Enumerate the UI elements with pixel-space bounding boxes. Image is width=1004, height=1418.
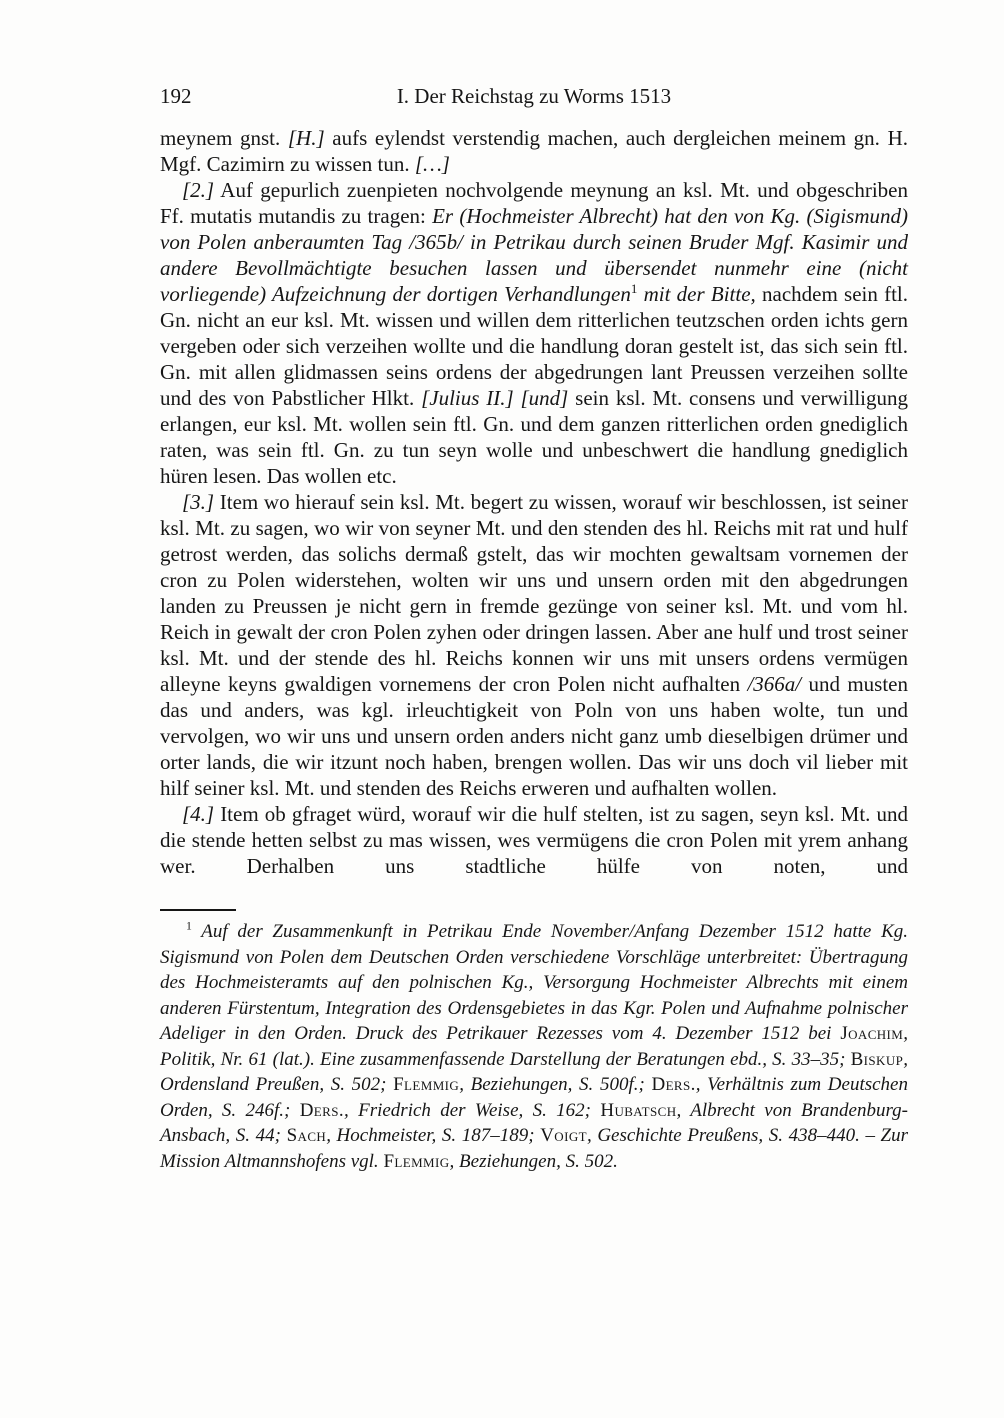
text-run: Sach xyxy=(287,1125,327,1146)
footnote-area: 1 Auf der Zusammenkunft in Petrikau Ende… xyxy=(160,909,908,1174)
paragraph-4: [4.] Item ob gfraget würd, worauf wir di… xyxy=(160,801,908,879)
text-run: [H.] xyxy=(288,126,325,150)
text-run: Ders. xyxy=(651,1074,695,1095)
paragraph-2: [2.] Auf gepurlich zuenpieten nochvolgen… xyxy=(160,177,908,489)
text-run: […] xyxy=(415,152,450,176)
text-run: meynem gnst. xyxy=(160,126,288,150)
text-run: Joachim xyxy=(840,1023,903,1044)
text-run: , Friedrich der Weise, S. 162; xyxy=(344,1100,600,1121)
footnote-separator-rule xyxy=(160,909,236,911)
text-run: Item ob gfraget würd, worauf wir die hul… xyxy=(160,802,908,878)
text-run: , Beziehungen, S. 502. xyxy=(450,1151,618,1172)
book-page: 192 I. Der Reichstag zu Worms 1513 meyne… xyxy=(0,0,1004,1418)
text-run: mit der Bitte, xyxy=(637,282,755,306)
running-head: I. Der Reichstag zu Worms 1513 xyxy=(160,83,908,109)
text-run: Auf der Zusammenkunft in Petrikau Ende N… xyxy=(160,921,908,1044)
paragraph-continuation: meynem gnst. [H.] aufs eylendst verstend… xyxy=(160,125,908,177)
paragraph-3: [3.] Item wo hierauf sein ksl. Mt. beger… xyxy=(160,489,908,801)
text-run: Item wo hierauf sein ksl. Mt. begert zu … xyxy=(160,490,908,696)
page-number: 192 xyxy=(160,83,192,109)
text-run: , Hochmeister, S. 187–189; xyxy=(326,1125,540,1146)
text-run: [Julius II.] [und] xyxy=(421,386,568,410)
text-run: Ders. xyxy=(300,1100,344,1121)
text-run: Biskup xyxy=(851,1049,904,1070)
text-run: Voigt xyxy=(540,1125,587,1146)
main-text-block: meynem gnst. [H.] aufs eylendst verstend… xyxy=(160,125,908,879)
text-run: /366a/ xyxy=(747,672,801,696)
text-run: , Beziehungen, S. 500f.; xyxy=(459,1074,651,1095)
text-run: [4.] xyxy=(182,802,214,826)
text-run: Flemmig xyxy=(383,1151,449,1172)
text-run: Hubatsch xyxy=(600,1100,676,1121)
text-run: [2.] xyxy=(182,178,214,202)
text-run: [3.] xyxy=(182,490,214,514)
footnote-1: 1 Auf der Zusammenkunft in Petrikau Ende… xyxy=(160,919,908,1174)
text-run: Flemmig xyxy=(393,1074,459,1095)
page-header: 192 I. Der Reichstag zu Worms 1513 xyxy=(160,83,908,109)
